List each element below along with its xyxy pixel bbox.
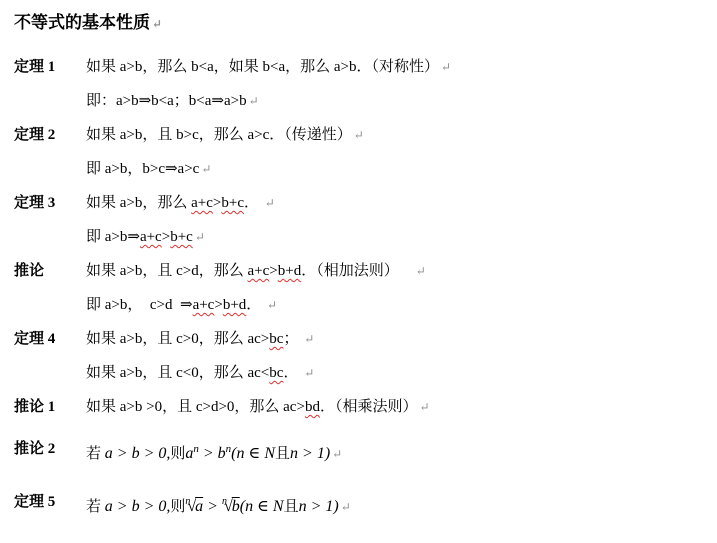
doc-line: 即：a>b⇒b<a；b<a⇒a>b↵ [14, 84, 707, 118]
text-segment: ．（相加法则） [301, 263, 414, 279]
theorem-label: 推论 [14, 254, 44, 288]
spellcheck-flagged-text: b+d [278, 263, 301, 279]
paragraph-mark: ↵ [265, 196, 275, 210]
doc-line: 推论如果 a>b，且 c>d，那么 a+c>b+d．（相加法则） ↵ [14, 254, 707, 288]
doc-line: 定理 4如果 a>b，且 c>0，那么 ac>bc； ↵ [14, 322, 707, 356]
text-segment: ； [283, 331, 302, 347]
paragraph-mark: ↵ [304, 366, 314, 380]
theorem-label: 推论 1 [14, 390, 55, 424]
spellcheck-flagged-text: a+c [248, 263, 270, 279]
text-segment: 如果 a>b，那么 [86, 195, 191, 211]
spellcheck-flagged-text: a+c [193, 297, 215, 313]
text-segment: (n ∈ N [231, 445, 275, 462]
text-segment: 且 [275, 446, 290, 462]
text-segment: 即 a>b，b>c⇒a>c [86, 161, 199, 177]
document-title: 不等式的基本性质↵ [14, 8, 707, 39]
paragraph-mark: ↵ [267, 298, 277, 312]
document-body: 定理 1如果 a>b，那么 b<a，如果 b<a，那么 a>b．（对称性）↵即：… [14, 50, 707, 524]
text-segment: > [162, 229, 170, 245]
text-segment: 如果 a>b，且 c<0，那么 ac< [86, 365, 269, 381]
text-segment: 则 [170, 446, 185, 462]
spellcheck-flagged-text: a+c [191, 195, 213, 211]
text-segment: ． [246, 297, 265, 313]
doc-line: 定理 3如果 a>b，那么 a+c>b+c． ↵ [14, 186, 707, 220]
spellcheck-flagged-text: bc [269, 331, 283, 347]
text-segment: 如果 a>b >0，且 c>d>0，那么 ac> [86, 399, 305, 415]
text-segment: 如果 a>b，且 c>d，那么 [86, 263, 248, 279]
text-segment: 如果 a>b，那么 b<a，如果 b<a，那么 a>b．（对称性） [86, 59, 439, 75]
text-segment: > [269, 263, 277, 279]
text-segment: n > 1) [290, 445, 330, 462]
paragraph-mark: ↵ [201, 162, 211, 176]
title-text: 不等式的基本性质 [14, 13, 150, 32]
spellcheck-flagged-text: a+c [140, 229, 162, 245]
paragraph-mark: ↵ [332, 447, 342, 461]
text-segment: 即 a>b， c>d ⇒ [86, 297, 193, 313]
paragraph-mark: ↵ [341, 500, 351, 514]
doc-line: 定理 5若 a > b > 0,则n√a > n√b(n ∈ N且n > 1)↵ [14, 485, 707, 524]
text-segment: > [199, 445, 218, 462]
doc-line: 如果 a>b，且 c<0，那么 ac<bc． ↵ [14, 356, 707, 390]
doc-line: 推论 2若 a > b > 0,则an > bn(n ∈ N且n > 1)↵ [14, 432, 707, 471]
theorem-label: 定理 3 [14, 186, 55, 220]
paragraph-mark: ↵ [195, 230, 205, 244]
text-segment: n > 1) [299, 498, 339, 515]
paragraph-mark: ↵ [354, 128, 364, 142]
text-segment: ．（相乘法则） [320, 399, 418, 415]
text-segment: 即：a>b⇒b<a；b<a⇒a>b [86, 93, 247, 109]
text-segment: 如果 a>b，且 b>c，那么 a>c．（传递性） [86, 127, 352, 143]
doc-line: 即 a>b，b>c⇒a>c↵ [14, 152, 707, 186]
nth-root-expression: n√b [222, 498, 240, 515]
text-segment: b [218, 445, 226, 462]
paragraph-mark: ↵ [304, 332, 314, 346]
text-segment: 如果 a>b，且 c>0，那么 ac> [86, 331, 269, 347]
text-segment: (n ∈ N [240, 498, 284, 515]
nth-root-expression: n√a [185, 498, 203, 515]
text-segment: a > b > 0, [105, 445, 171, 462]
doc-line: 推论 1如果 a>b >0，且 c>d>0，那么 ac>bd．（相乘法则）↵ [14, 390, 707, 424]
text-segment: 若 [86, 499, 105, 515]
radicand: a [195, 498, 203, 515]
theorem-label: 定理 1 [14, 50, 55, 84]
paragraph-mark: ↵ [152, 17, 162, 31]
doc-line: 即 a>b⇒a+c>b+c↵ [14, 220, 707, 254]
spellcheck-flagged-text: bc [269, 365, 283, 381]
theorem-label: 定理 4 [14, 322, 55, 356]
text-segment: > [214, 297, 222, 313]
text-segment: a > b > 0, [105, 498, 171, 515]
theorem-label: 定理 5 [14, 485, 55, 519]
text-segment: 则 [170, 499, 185, 515]
spellcheck-flagged-text: b+c [221, 195, 244, 211]
text-segment: 若 [86, 446, 105, 462]
theorem-label: 定理 2 [14, 118, 55, 152]
text-segment: 即 a>b⇒ [86, 229, 140, 245]
paragraph-mark: ↵ [441, 60, 451, 74]
doc-line: 定理 2如果 a>b，且 b>c，那么 a>c．（传递性）↵ [14, 118, 707, 152]
document-page: 不等式的基本性质↵ 定理 1如果 a>b，那么 b<a，如果 b<a，那么 a>… [0, 0, 717, 524]
text-segment: > [203, 498, 222, 515]
spellcheck-flagged-text: b+c [170, 229, 193, 245]
paragraph-mark: ↵ [416, 264, 426, 278]
radicand: b [232, 498, 240, 515]
paragraph-mark: ↵ [419, 400, 429, 414]
doc-line: 定理 1如果 a>b，那么 b<a，如果 b<a，那么 a>b．（对称性）↵ [14, 50, 707, 84]
theorem-label: 推论 2 [14, 432, 55, 466]
text-segment: ． [244, 195, 263, 211]
doc-line: 即 a>b， c>d ⇒a+c>b+d． ↵ [14, 288, 707, 322]
text-segment: ． [283, 365, 302, 381]
spellcheck-flagged-text: b+d [223, 297, 246, 313]
paragraph-mark: ↵ [249, 94, 259, 108]
spellcheck-flagged-text: bd [305, 399, 320, 415]
text-segment: 且 [284, 499, 299, 515]
